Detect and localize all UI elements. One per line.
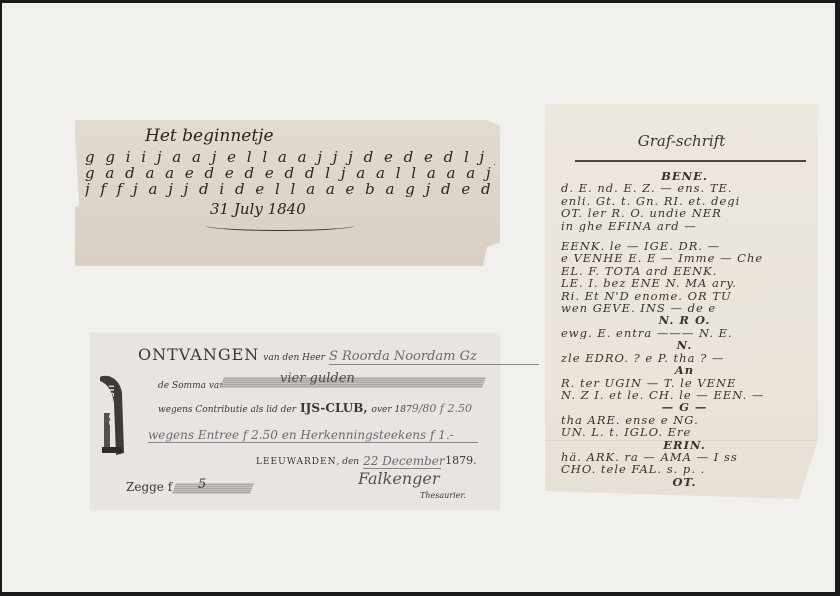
graf-schrift-letter: Graf-schrift BENE.d. E. nd. E. Z. — ens.… [545,104,818,499]
period-label: over 187 [372,405,412,415]
total-label: Zegge f [126,480,172,494]
receipt-date: 22 December [363,454,441,469]
letter-centered-line: OT. [561,476,808,488]
letter-line: R. ter UGIN — T. le VENE [561,377,808,389]
treasurer-title: Thesaurier. [420,491,466,500]
letter-line: ewg. E. entra ——— N. E. [561,327,808,339]
treasurer-signature: Falkenger [358,469,440,488]
letter-centered-line: N. R O. [561,314,808,326]
line-gap [561,232,808,240]
letter-line: CHO. tele FAL. s. p. . [561,463,808,475]
letter-line: enli. Gt. t. Gn. RI. et. degi [561,195,808,207]
letter-heading: Graf-schrift [545,132,818,150]
letter-line: d. E. nd. E. Z. — ens. TE. [561,182,808,194]
skate-emblem-icon: IJS-CLUB [98,373,126,458]
letter-line: N. Z I. et le. CH. le — EEN. — [561,389,808,401]
letter-line: e VENHE E. E — Imme — Che [561,252,808,264]
total-banner [172,483,254,494]
heading-rule [575,160,806,162]
extra-fees-line: wegens Entree f 2.50 en Herkenningsteeke… [148,428,478,443]
period-value: 9/80 f 2.50 [412,402,472,415]
letter-centered-line: An [561,364,808,376]
received-label: ONTVANGEN [138,345,259,364]
letter-line: tha ARE. ense e NG. [561,414,808,426]
letter-line: EL. F. TOTA ard EENK. [561,265,808,277]
emblem-label: IJS-CLUB [107,385,115,427]
sum-label: de Somma van [158,381,225,391]
paper-fold [545,440,818,441]
letter-line: EENK. le — IGE. DR. — [561,240,808,252]
letter-line: hä. ARK. ra — AMA — I ss [561,451,808,463]
letter-line: LE. I. bez ENE N. MA ary. [561,277,808,289]
handwriting-exercise-slip: Het beginnetje g g i i j a a j e l l a a… [75,120,500,266]
letter-line: zle EDRO. ? e P. tha ? — [561,352,808,364]
exercise-date: 31 July 1840 [210,200,306,218]
place: Leeuwarden [256,457,336,467]
letter-line: Ri. Et N'D enome. OR TU [561,290,808,302]
letter-line: in ghe EFINA ard — [561,220,808,232]
signature-flourish [205,220,355,231]
sum-value: vier gulden [280,371,355,386]
letter-line: OT. ler R. O. undie NER [561,207,808,219]
reason-prefix: wegens Contributie als lid der [158,405,296,415]
letter-centered-line: BENE. [561,170,808,182]
ijs-club-receipt: IJS-CLUB ONTVANGEN van den Heer S Roorda… [90,333,500,510]
letter-centered-line: N. [561,339,808,351]
receipt-year: 1879. [445,454,477,467]
exercise-line: j f f j a j j d i d e l l a a e b a g j … [85,180,495,198]
club-name: IJS-CLUB, [300,401,368,415]
letter-line: UN. L. t. IGLO. Ere [561,426,808,438]
from-label: van den Heer [263,353,325,363]
exercise-title: Het beginnetje [145,126,274,146]
total-value: 5 [198,477,206,492]
payer-name: S Roorda Noordam Gz [329,349,539,365]
letter-line: wen GEVE. INS — de e [561,302,808,314]
date-prefix: den [342,457,359,467]
letter-centered-line: — G — [561,401,808,413]
